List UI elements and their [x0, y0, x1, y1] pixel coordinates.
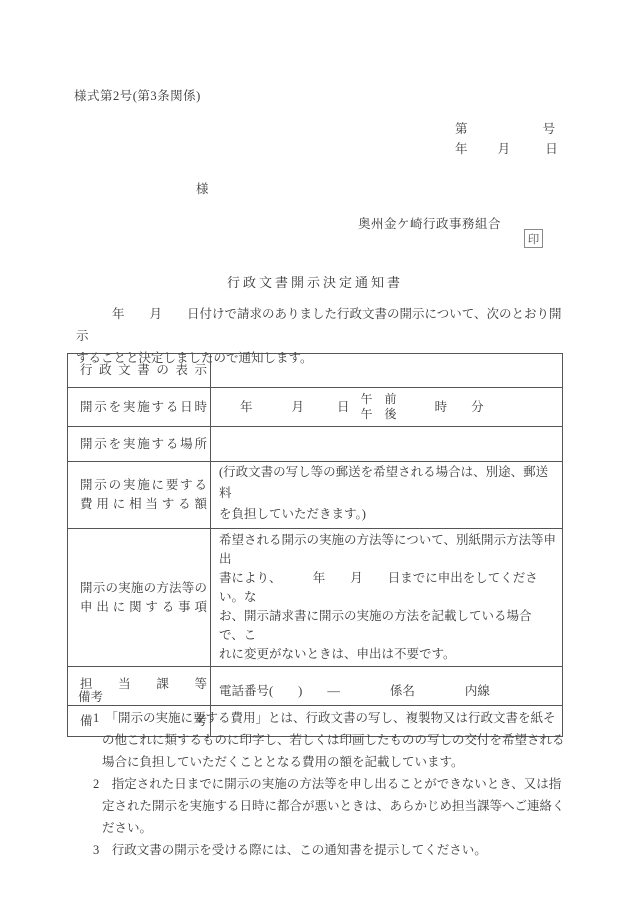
month-label: 月 — [292, 397, 305, 418]
table-row-disclosure-datetime: 開示を実施する日時 年 月 日 午 前 午 後 時 分 — [68, 388, 563, 427]
row-label: 開示を実施する日時 — [68, 388, 211, 427]
note-line: 3 行政文書の開示を受ける際には、この通知書を提示してください。 — [93, 839, 569, 861]
phone-number-line: 電話番号( ) — 係名 内線 — [219, 681, 556, 702]
doc-number-suffix: 号 — [543, 119, 556, 139]
notes-list: 1 「開示の実施に要する費用」とは、行政文書の写し、複製物又は行政文書を紙そ の… — [93, 707, 569, 861]
datetime-blank-line: 年 月 日 午 前 午 後 時 分 — [219, 392, 556, 422]
note-item-1: 1 「開示の実施に要する費用」とは、行政文書の写し、複製物又は行政文書を紙そ の… — [93, 707, 569, 773]
table-row-cost: 開示の実施に要する 費用に相当する額 (行政文書の写し等の郵送を希望される場合は… — [68, 462, 563, 529]
am-label: 午 前 — [361, 392, 397, 407]
day-label: 日 — [337, 397, 350, 418]
am-pm-stack: 午 前 午 後 — [361, 392, 397, 422]
issuer-name: 奥州金ケ崎行政事務組合 — [358, 214, 501, 232]
value-line: (行政文書の写し等の郵送を希望される場合は、別途、郵送料 — [219, 462, 556, 504]
hour-label: 時 — [435, 397, 448, 418]
note-line: ださい。 — [93, 817, 569, 839]
seal-box: 印 — [524, 229, 543, 248]
note-item-2: 2 指定された日までに開示の実施の方法等を申し出ることができないとき、又は指 定… — [93, 773, 569, 839]
doc-number-prefix: 第 — [455, 122, 468, 136]
row-value-cost-note: (行政文書の写し等の郵送を希望される場合は、別途、郵送料 を負担していただきます… — [211, 462, 563, 529]
row-value-method-note: 希望される開示の実施の方法等について、別紙開示方法等申出 書により、 年 月 日… — [211, 529, 563, 667]
document-page: 様式第2号(第3条関係) 第 号 年 月 日 様 奥州金ケ崎行政事務組合 印 行… — [0, 0, 630, 915]
note-line: 1 「開示の実施に要する費用」とは、行政文書の写し、複製物又は行政文書を紙そ — [93, 707, 569, 729]
note-item-3: 3 行政文書の開示を受ける際には、この通知書を提示してください。 — [93, 839, 569, 861]
row-label: 開示の実施の方法等の 申出に関する事項 — [68, 529, 211, 667]
note-line: 2 指定された日までに開示の実施の方法等を申し出ることができないとき、又は指 — [93, 773, 569, 795]
row-value-empty — [211, 354, 563, 388]
table-row-responsible-section: 担当課等 電話番号( ) — 係名 内線 — [68, 667, 563, 706]
intro-line: 年 月 日付けで請求のありました行政文書の開示について、次のとおり開示 — [76, 303, 568, 347]
row-label: 開示を実施する場所 — [68, 427, 211, 462]
note-line: 場合に負担していただくこととなる費用の額を記載しています。 — [93, 751, 569, 773]
row-label: 開示の実施に要する 費用に相当する額 — [68, 462, 211, 529]
note-line: 定された開示を実施する日時に都合が悪いときは、あらかじめ担当課等へご連絡く — [93, 795, 569, 817]
date-year-label: 年 — [455, 142, 468, 156]
form-number: 様式第2号(第3条関係) — [74, 86, 201, 104]
doc-number-line: 第 号 — [455, 119, 558, 139]
row-value-datetime: 年 月 日 午 前 午 後 時 分 — [211, 388, 563, 427]
document-title: 行政文書開示決定通知書 — [0, 272, 630, 291]
minute-label: 分 — [471, 397, 484, 418]
date-day-label: 日 — [545, 139, 558, 159]
value-line: 希望される開示の実施の方法等について、別紙開示方法等申出 — [219, 531, 556, 569]
row-value-contact: 電話番号( ) — 係名 内線 — [211, 667, 563, 706]
table-row-document-description: 行政文書の表示 — [68, 354, 563, 388]
value-line: お、開示請求書に開示の実施の方法を記載している場合で、こ — [219, 607, 556, 645]
value-line: を負担していただきます。) — [219, 504, 556, 525]
note-line: の他これに類するものに印字し、若しくは印画したものの写しの交付を希望される — [93, 729, 569, 751]
seal-character: 印 — [528, 231, 540, 247]
value-line: れに変更がないときは、申出は不要です。 — [219, 645, 556, 664]
notice-table: 行政文書の表示 開示を実施する日時 年 月 日 午 前 午 後 時 分 — [67, 353, 563, 737]
year-label: 年 — [240, 397, 253, 418]
row-label: 行政文書の表示 — [68, 354, 211, 388]
date-month-label: 月 — [498, 139, 511, 159]
value-line: 書により、 年 月 日までに申出をしてください。な — [219, 569, 556, 607]
row-value-empty — [211, 427, 563, 462]
addressee-suffix: 様 — [196, 179, 209, 197]
doc-number-date-block: 第 号 年 月 日 — [455, 119, 558, 159]
table-row-method-application: 開示の実施の方法等の 申出に関する事項 希望される開示の実施の方法等について、別… — [68, 529, 563, 667]
issue-date-line: 年 月 日 — [455, 139, 558, 159]
table-row-disclosure-place: 開示を実施する場所 — [68, 427, 563, 462]
pm-label: 午 後 — [361, 407, 397, 422]
notes-heading: 備考 — [78, 687, 103, 705]
